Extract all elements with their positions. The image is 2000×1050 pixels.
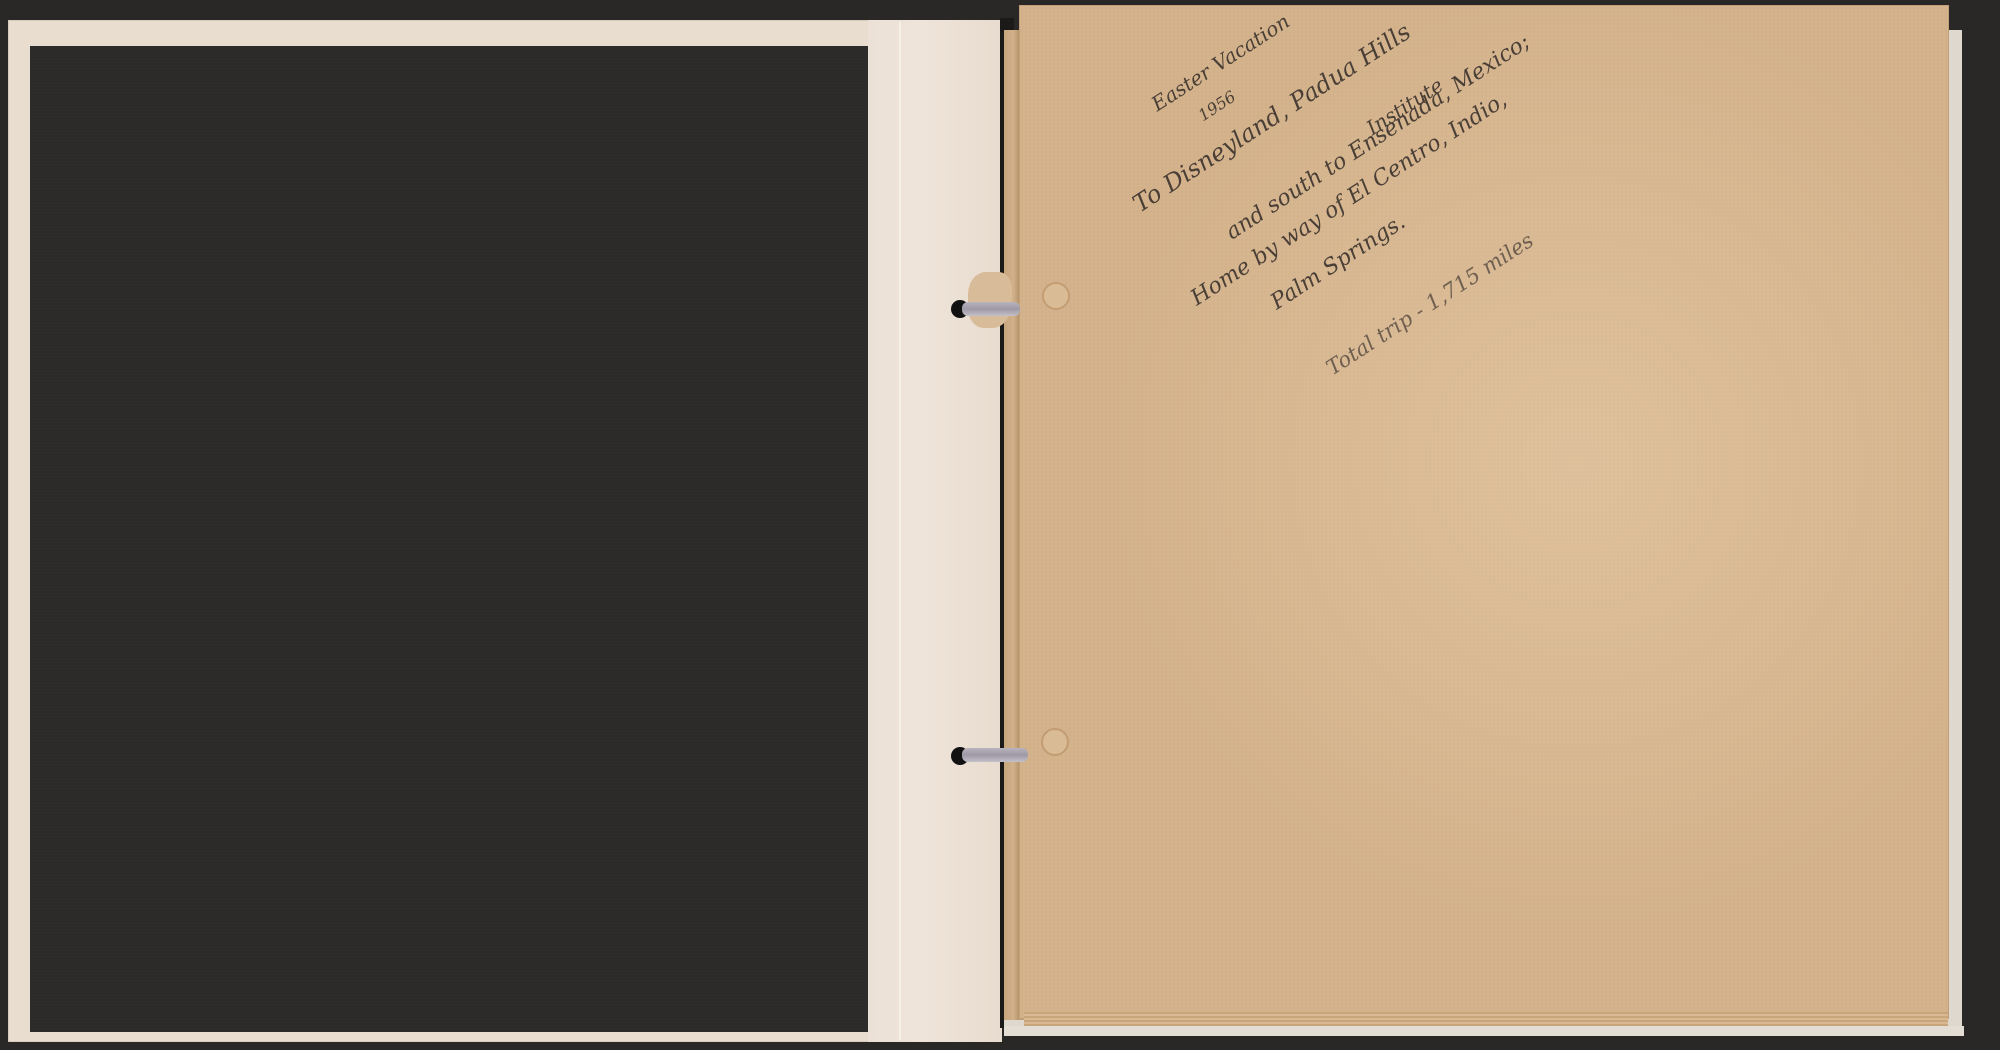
spine-strip	[868, 20, 1002, 1042]
spine-crease	[899, 22, 901, 1040]
back-cover-edge	[1004, 1026, 1964, 1036]
page-grommet-top	[1042, 282, 1070, 310]
black-inside-panel	[30, 46, 868, 1032]
torn-paper-reinforcement	[968, 272, 1012, 328]
page-stack-bottom	[1024, 1012, 1948, 1026]
kraft-page	[1020, 6, 1948, 1018]
page-grommet-bottom	[1041, 728, 1069, 756]
binding-cord-bottom	[962, 748, 1028, 762]
binding-cord-top	[962, 302, 1020, 316]
